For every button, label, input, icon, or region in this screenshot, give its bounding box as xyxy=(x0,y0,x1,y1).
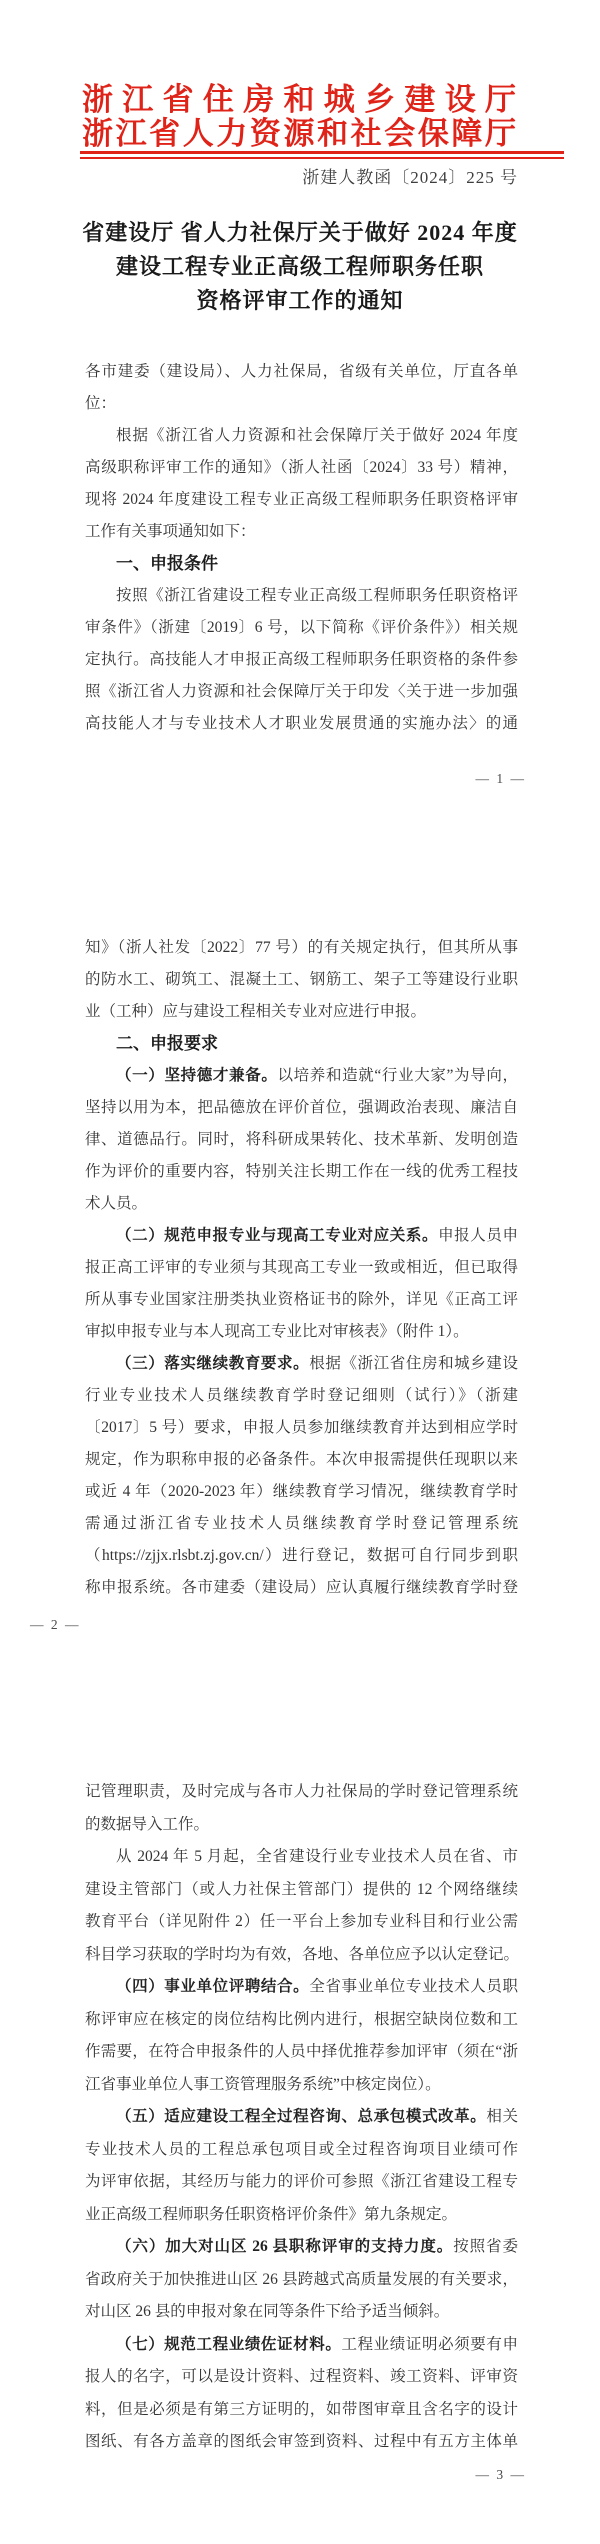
document-title-line1: 省建设厅 省人力社保厅关于做好 2024 年度 xyxy=(40,216,560,250)
page-2-line-15: 行业专业技术人员继续教育学时登记细则（试行）》（浙建 xyxy=(85,1380,518,1412)
scanned-official-document: 浙江省住房和城乡建设厅 浙江省人力资源和社会保障厅 浙建人教函〔2024〕225… xyxy=(0,0,600,2544)
page-3-line-19: 报人的名字，可以是设计资料、过程资料、竣工资料、评审资 xyxy=(85,2361,518,2394)
page-3-line-1: 记管理职责，及时完成与各市人力社保局的学时登记管理系统 xyxy=(85,1776,518,1809)
page-1-body: 各市建委（建设局）、人力社保局，省级有关单位，厅直各单位：根据《浙江省人力资源和… xyxy=(85,356,518,740)
page-2-line-19: 需通过浙江省专业技术人员继续教育学时登记管理系统 xyxy=(85,1508,518,1540)
page-1-line-9: 审条件》（浙建〔2019〕6 号，以下简称《评价条件》）相关规 xyxy=(85,612,518,644)
page-1-line-12: 高技能人才与专业技术人才职业发展贯通的实施办法〉的通 xyxy=(85,708,518,740)
page-3-line-13: 为评审依据，其经历与能力的评价可参照《浙江省建设工程专 xyxy=(85,2166,518,2199)
page-1-line-3: 根据《浙江省人力资源和社会保障厅关于做好 2024 年度 xyxy=(85,420,518,452)
clause-text: 工程业绩证明必须要有申 xyxy=(341,2336,518,2353)
page-3-line-9: 作需要，在符合申报条件的人员中择优推荐参加评审（须在“浙 xyxy=(85,2036,518,2069)
page-1-line-7: 一、申报条件 xyxy=(85,548,518,580)
page-2-line-5: （一）坚持德才兼备。以培养和造就“行业大家”为导向， xyxy=(85,1060,518,1092)
document-title-line3: 资格评审工作的通知 xyxy=(40,284,560,318)
clause-text: 相关 xyxy=(486,2108,518,2125)
clause-lead-bold: （四）事业单位评聘结合。 xyxy=(116,1978,309,1995)
page-3-line-8: 称评审应在核定的岗位结构比例内进行，根据空缺岗位数和工 xyxy=(85,2004,518,2037)
clause-text: 以培养和造就“行业大家”为导向， xyxy=(278,1067,519,1084)
page-2-line-12: 所从事专业国家注册类执业资格证书的除外，详见《正高工评 xyxy=(85,1284,518,1316)
page-2-body: 知》（浙人社发〔2022〕77 号）的有关规定执行，但其所从事的防水工、砌筑工、… xyxy=(85,932,518,1604)
page-3-number: — 3 — xyxy=(476,2467,527,2483)
page-2-number: — 2 — xyxy=(30,1617,81,1633)
page-3-line-16: 省政府关于加快推进山区 26 县跨越式高质量发展的有关要求， xyxy=(85,2264,518,2297)
page-3-line-6: 科目学习获取的学时均为有效，各地、各单位应予以认定登记。 xyxy=(85,1939,518,1972)
page-2-line-4: 二、申报要求 xyxy=(85,1028,518,1060)
document-title-line2: 建设工程专业正高级工程师职务任职 xyxy=(40,250,560,284)
page-3-line-12: 专业技术人员的工程总承包项目或全过程咨询项目业绩可作 xyxy=(85,2134,518,2167)
page-2-line-1: 知》（浙人社发〔2022〕77 号）的有关规定执行，但其所从事 xyxy=(85,932,518,964)
page-3-line-11: （五）适应建设工程全过程咨询、总承包模式改革。相关 xyxy=(85,2101,518,2134)
page-2-line-6: 坚持以用为本，把品德放在评价首位，强调政治表现、廉洁自 xyxy=(85,1092,518,1124)
page-1-line-2: 位： xyxy=(85,388,518,420)
page-3-line-4: 建设主管部门（或人力社保主管部门）提供的 12 个网络继续 xyxy=(85,1874,518,1907)
document-title: 省建设厅 省人力社保厅关于做好 2024 年度 建设工程专业正高级工程师职务任职… xyxy=(40,216,560,318)
page-2-line-8: 作为评价的重要内容，特别关注长期工作在一线的优秀工程技 xyxy=(85,1156,518,1188)
letterhead-org-line1: 浙江省住房和城乡建设厅 xyxy=(82,83,516,117)
page-3-line-7: （四）事业单位评聘结合。全省事业单位专业技术人员职 xyxy=(85,1971,518,2004)
page-2-line-14: （三）落实继续教育要求。根据《浙江省住房和城乡建设 xyxy=(85,1348,518,1380)
page-2-line-3: 业（工种）应与建设工程相关专业对应进行申报。 xyxy=(85,996,518,1028)
page-2-line-17: 规定，作为职称申报的必备条件。本次申报需提供任现职以来 xyxy=(85,1444,518,1476)
page-2-line-2: 的防水工、砌筑工、混凝土工、钢筋工、架子工等建设行业职 xyxy=(85,964,518,996)
clause-lead-bold: （三）落实继续教育要求。 xyxy=(116,1355,309,1372)
page-3-line-5: 教育平台（详见附件 2）任一平台上参加专业科目和行业公需 xyxy=(85,1906,518,1939)
page-3-line-10: 江省事业单位人事工资管理服务系统”中核定岗位）。 xyxy=(85,2069,518,2102)
letterhead-org-line2: 浙江省人力资源和社会保障厅 xyxy=(82,117,516,151)
page-3-line-2: 的数据导入工作。 xyxy=(85,1809,518,1842)
page-2-line-18: 或近 4 年（2020-2023 年）继续教育学习情况，继续教育学时 xyxy=(85,1476,518,1508)
clause-text: 全省事业单位专业技术人员职 xyxy=(309,1978,518,1995)
page-1-line-11: 照《浙江省人力资源和社会保障厅关于印发〈关于进一步加强 xyxy=(85,676,518,708)
page-1-line-5: 现将 2024 年度建设工程专业正高级工程师职务任职资格评审 xyxy=(85,484,518,516)
clause-lead-bold: （一）坚持德才兼备。 xyxy=(116,1067,278,1084)
clause-text: 申报人员申 xyxy=(438,1227,518,1244)
page-2-line-9: 术人员。 xyxy=(85,1188,518,1220)
page-2-line-7: 律、道德品行。同时，将科研成果转化、技术革新、发明创造 xyxy=(85,1124,518,1156)
page-3-line-3: 从 2024 年 5 月起，全省建设行业专业技术人员在省、市 xyxy=(85,1841,518,1874)
page-2-line-13: 审拟申报专业与本人现高工专业比对审核表》（附件 1）。 xyxy=(85,1316,518,1348)
clause-lead-bold: （七）规范工程业绩佐证材料。 xyxy=(116,2336,341,2353)
page-3-line-20: 料，但是必须是有第三方证明的，如带图审章且含名字的设计 xyxy=(85,2394,518,2427)
page-2-line-11: 报正高工评审的专业须与其现高工专业一致或相近，但已取得 xyxy=(85,1252,518,1284)
clause-lead-bold: （二）规范申报专业与现高工专业对应关系。 xyxy=(116,1227,438,1244)
page-1-line-6: 工作有关事项通知如下： xyxy=(85,516,518,548)
clause-lead-bold: （五）适应建设工程全过程咨询、总承包模式改革。 xyxy=(116,2108,486,2125)
page-2-line-20: （https://zjjx.rlsbt.zj.gov.cn/）进行登记，数据可自… xyxy=(85,1540,518,1572)
page-1-number: — 1 — xyxy=(476,771,527,787)
document-number: 浙建人教函〔2024〕225 号 xyxy=(85,163,518,193)
letterhead-divider xyxy=(80,151,564,159)
page-1-line-4: 高级职称评审工作的通知》（浙人社函〔2024〕33 号）精神， xyxy=(85,452,518,484)
page-2-line-10: （二）规范申报专业与现高工专业对应关系。申报人员申 xyxy=(85,1220,518,1252)
page-3-line-18: （七）规范工程业绩佐证材料。工程业绩证明必须要有申 xyxy=(85,2329,518,2362)
page-3-line-15: （六）加大对山区 26 县职称评审的支持力度。按照省委 xyxy=(85,2231,518,2264)
page-3-line-21: 图纸、有各方盖章的图纸会审签到资料、过程中有五方主体单 xyxy=(85,2426,518,2459)
page-3-line-17: 对山区 26 县的申报对象在同等条件下给予适当倾斜。 xyxy=(85,2296,518,2329)
page-1-line-8: 按照《浙江省建设工程专业正高级工程师职务任职资格评 xyxy=(85,580,518,612)
page-1-line-1: 各市建委（建设局）、人力社保局，省级有关单位，厅直各单 xyxy=(85,356,518,388)
page-2-line-21: 称申报系统。各市建委（建设局）应认真履行继续教育学时登 xyxy=(85,1572,518,1604)
clause-lead-bold: （六）加大对山区 26 县职称评审的支持力度。 xyxy=(116,2238,453,2255)
page-1-line-10: 定执行。高技能人才申报正高级工程师职务任职资格的条件参 xyxy=(85,644,518,676)
page-3-body: 记管理职责，及时完成与各市人力社保局的学时登记管理系统的数据导入工作。从 202… xyxy=(85,1776,518,2459)
clause-text: 按照省委 xyxy=(453,2238,518,2255)
clause-text: 根据《浙江省住房和城乡建设 xyxy=(309,1355,518,1372)
page-3-line-14: 业正高级工程师职务任职资格评价条件》第九条规定。 xyxy=(85,2199,518,2232)
page-2-line-16: 〔2017〕5 号）要求，申报人员参加继续教育并达到相应学时 xyxy=(85,1412,518,1444)
